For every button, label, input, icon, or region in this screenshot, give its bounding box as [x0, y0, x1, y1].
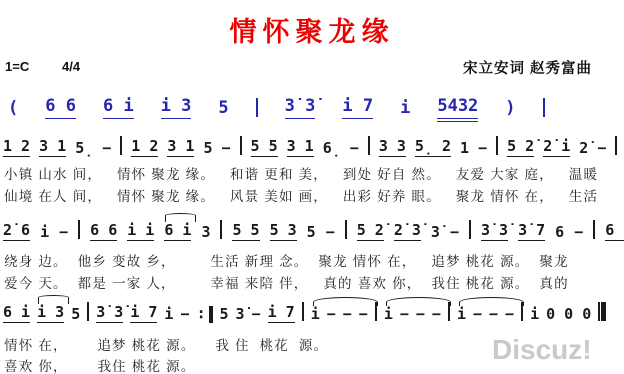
duration-dash: − [359, 306, 368, 323]
note-group: 5 5 [251, 138, 278, 157]
bar-line [256, 98, 258, 117]
bar-line [368, 136, 370, 155]
bar-line [220, 220, 222, 239]
duration-dash: − [400, 306, 409, 323]
duration-dash: − [326, 224, 335, 241]
duration-dash: − [327, 306, 336, 323]
duration-dash: − [252, 306, 261, 323]
sheet-music-page: { "title": "情怀聚龙缘", "meta": { "key": "1=… [0, 0, 624, 374]
intro-notation-line: (6 66 ii 353̇ 3̇i 7i5432) [8, 97, 545, 119]
note-group: 3 1 [287, 138, 314, 157]
duration-dash: − [222, 140, 231, 157]
note-group: 5̣ 2 [415, 138, 451, 157]
bar-line [302, 302, 304, 321]
repeat-bar-line: ∶ [196, 306, 212, 323]
note-group: 3 3 [379, 138, 406, 157]
note-group: 3̇ 7 [518, 222, 545, 241]
note-group: i [530, 306, 539, 323]
notation-line-2: 2̇ 6i−6 6i i6 i35 55 35−5 2̇2̇ 3̇3̇−3̇ 3… [3, 220, 624, 241]
note-group: 2̇ i [543, 138, 570, 157]
note-group: i 7 [268, 304, 295, 323]
note-group: 6̣ [323, 140, 341, 157]
note-group: 5 [220, 306, 229, 323]
note-group: 5 [71, 306, 80, 323]
duration-dash: − [505, 306, 514, 323]
duration-dash: − [102, 140, 111, 157]
duration-dash: − [473, 306, 482, 323]
note-group: i [384, 306, 393, 323]
note-group: i [311, 306, 320, 323]
time-signature: 4/4 [62, 59, 80, 74]
note-group: 5 [203, 140, 212, 157]
notation-line-1: 1 23 15̣−1 23 15−5 53 16̣−3 35̣ 21−5 2̇2… [3, 136, 624, 157]
duration-dash: − [343, 306, 352, 323]
note-group: 2̇ [579, 140, 588, 157]
note-group: i i [127, 222, 154, 241]
bar-line [593, 220, 595, 239]
note-group: 5432 [437, 97, 478, 119]
note-group: 3 1 [167, 138, 194, 157]
note-group: i [40, 224, 49, 241]
note-group: 6 [555, 224, 564, 241]
note-group: 3̇ 3̇ [96, 304, 123, 323]
note-group: 3̇ 3̇ [285, 97, 316, 119]
note-group: 6 6 [90, 222, 117, 241]
note-group: ( [8, 99, 18, 119]
note-group: 5̣ [75, 140, 93, 157]
final-bar-line [598, 302, 606, 321]
duration-dash: − [432, 306, 441, 323]
bar-line [345, 220, 347, 239]
note-group: 6 i [3, 304, 30, 323]
bar-line [240, 136, 242, 155]
duration-dash: − [489, 306, 498, 323]
lyrics-verse2-row3: 喜欢 你， 我住 桃花 源。 [4, 355, 196, 374]
note-group: 3̇ [431, 224, 440, 241]
note-group: i 7 [342, 97, 373, 119]
bar-line [78, 220, 80, 239]
bar-line [615, 136, 617, 155]
bar-line [469, 220, 471, 239]
note-group: 3 [201, 224, 210, 241]
duration-dash: − [416, 306, 425, 323]
note-group: 2̇ 3̇ [394, 222, 421, 241]
note-group: 6 i [103, 97, 134, 119]
notation-line-3: 6 ii 353̇ 3̇i 7i−∶53̇−i 7i−−−i−−−i−−−i0 … [3, 302, 606, 323]
lyrics-verse1-row1: 小镇 山水 间， 情怀 聚龙 缘。 和谐 更和 美， 到处 好自 然。 友爱 大… [4, 163, 598, 183]
duration-dash: − [180, 306, 189, 323]
note-group: 2̇ 6 [3, 222, 30, 241]
duration-dash: − [597, 140, 606, 157]
note-group: i [457, 306, 466, 323]
song-title: 情怀聚龙缘 [0, 10, 624, 49]
lyrics-verse2-row1: 仙境 在人 间， 情怀 聚龙 缘。 风景 美如 画， 出彩 好养 眼。 聚龙 情… [4, 185, 598, 205]
note-group: i 7 [130, 304, 157, 323]
note-group: ) [505, 99, 515, 119]
lyrics-verse1-row2: 绕身 边。 他乡 变故 乡， 生活 新理 念。 聚龙 情怀 在， 追梦 桃花 源… [4, 250, 569, 270]
composer-credits: 宋立安词 赵秀富曲 [463, 57, 592, 78]
note-group: 1 2 [3, 138, 30, 157]
lyrics-verse1-row3: 情怀 在， 追梦 桃花 源。 我 住 桃花 源。 [4, 334, 328, 354]
note-group: 5 3 [270, 222, 297, 241]
bar-line [543, 98, 545, 117]
bar-line [120, 136, 122, 155]
bar-line [87, 302, 89, 321]
note-group: i 3 [161, 97, 192, 119]
note-group: 6 6 [45, 97, 76, 119]
bar-line [496, 136, 498, 155]
note-group: 6 i [164, 222, 191, 241]
note-group: i 3 [37, 304, 64, 323]
note-group: 1 2 [131, 138, 158, 157]
note-group: 3 1 [39, 138, 66, 157]
note-group: 5 [307, 224, 316, 241]
lyrics-verse2-row2: 爱今 天。 都是 一家 人， 幸福 来陪 伴， 真的 喜欢 你， 我住 桃花 源… [4, 272, 569, 292]
note-group: 5 5 [232, 222, 259, 241]
note-group: 3̇ [236, 306, 245, 323]
discuz-watermark: Discuz! [492, 334, 592, 366]
note-group: 5 2̇ [357, 222, 384, 241]
duration-dash: − [350, 140, 359, 157]
duration-dash: − [450, 224, 459, 241]
note-group: i [400, 99, 410, 119]
note-group: 3̇ 3̇ [481, 222, 508, 241]
note-group: 0 0 0 [546, 306, 591, 323]
note-group: 1 [460, 140, 469, 157]
note-group: 5 2̇ [507, 138, 534, 157]
duration-dash: − [59, 224, 68, 241]
duration-dash: − [478, 140, 487, 157]
key-signature: 1=C [5, 59, 29, 74]
note-group: 6 6 [605, 222, 624, 241]
note-group: i [164, 306, 173, 323]
duration-dash: − [574, 224, 583, 241]
note-group: 5 [218, 99, 228, 119]
